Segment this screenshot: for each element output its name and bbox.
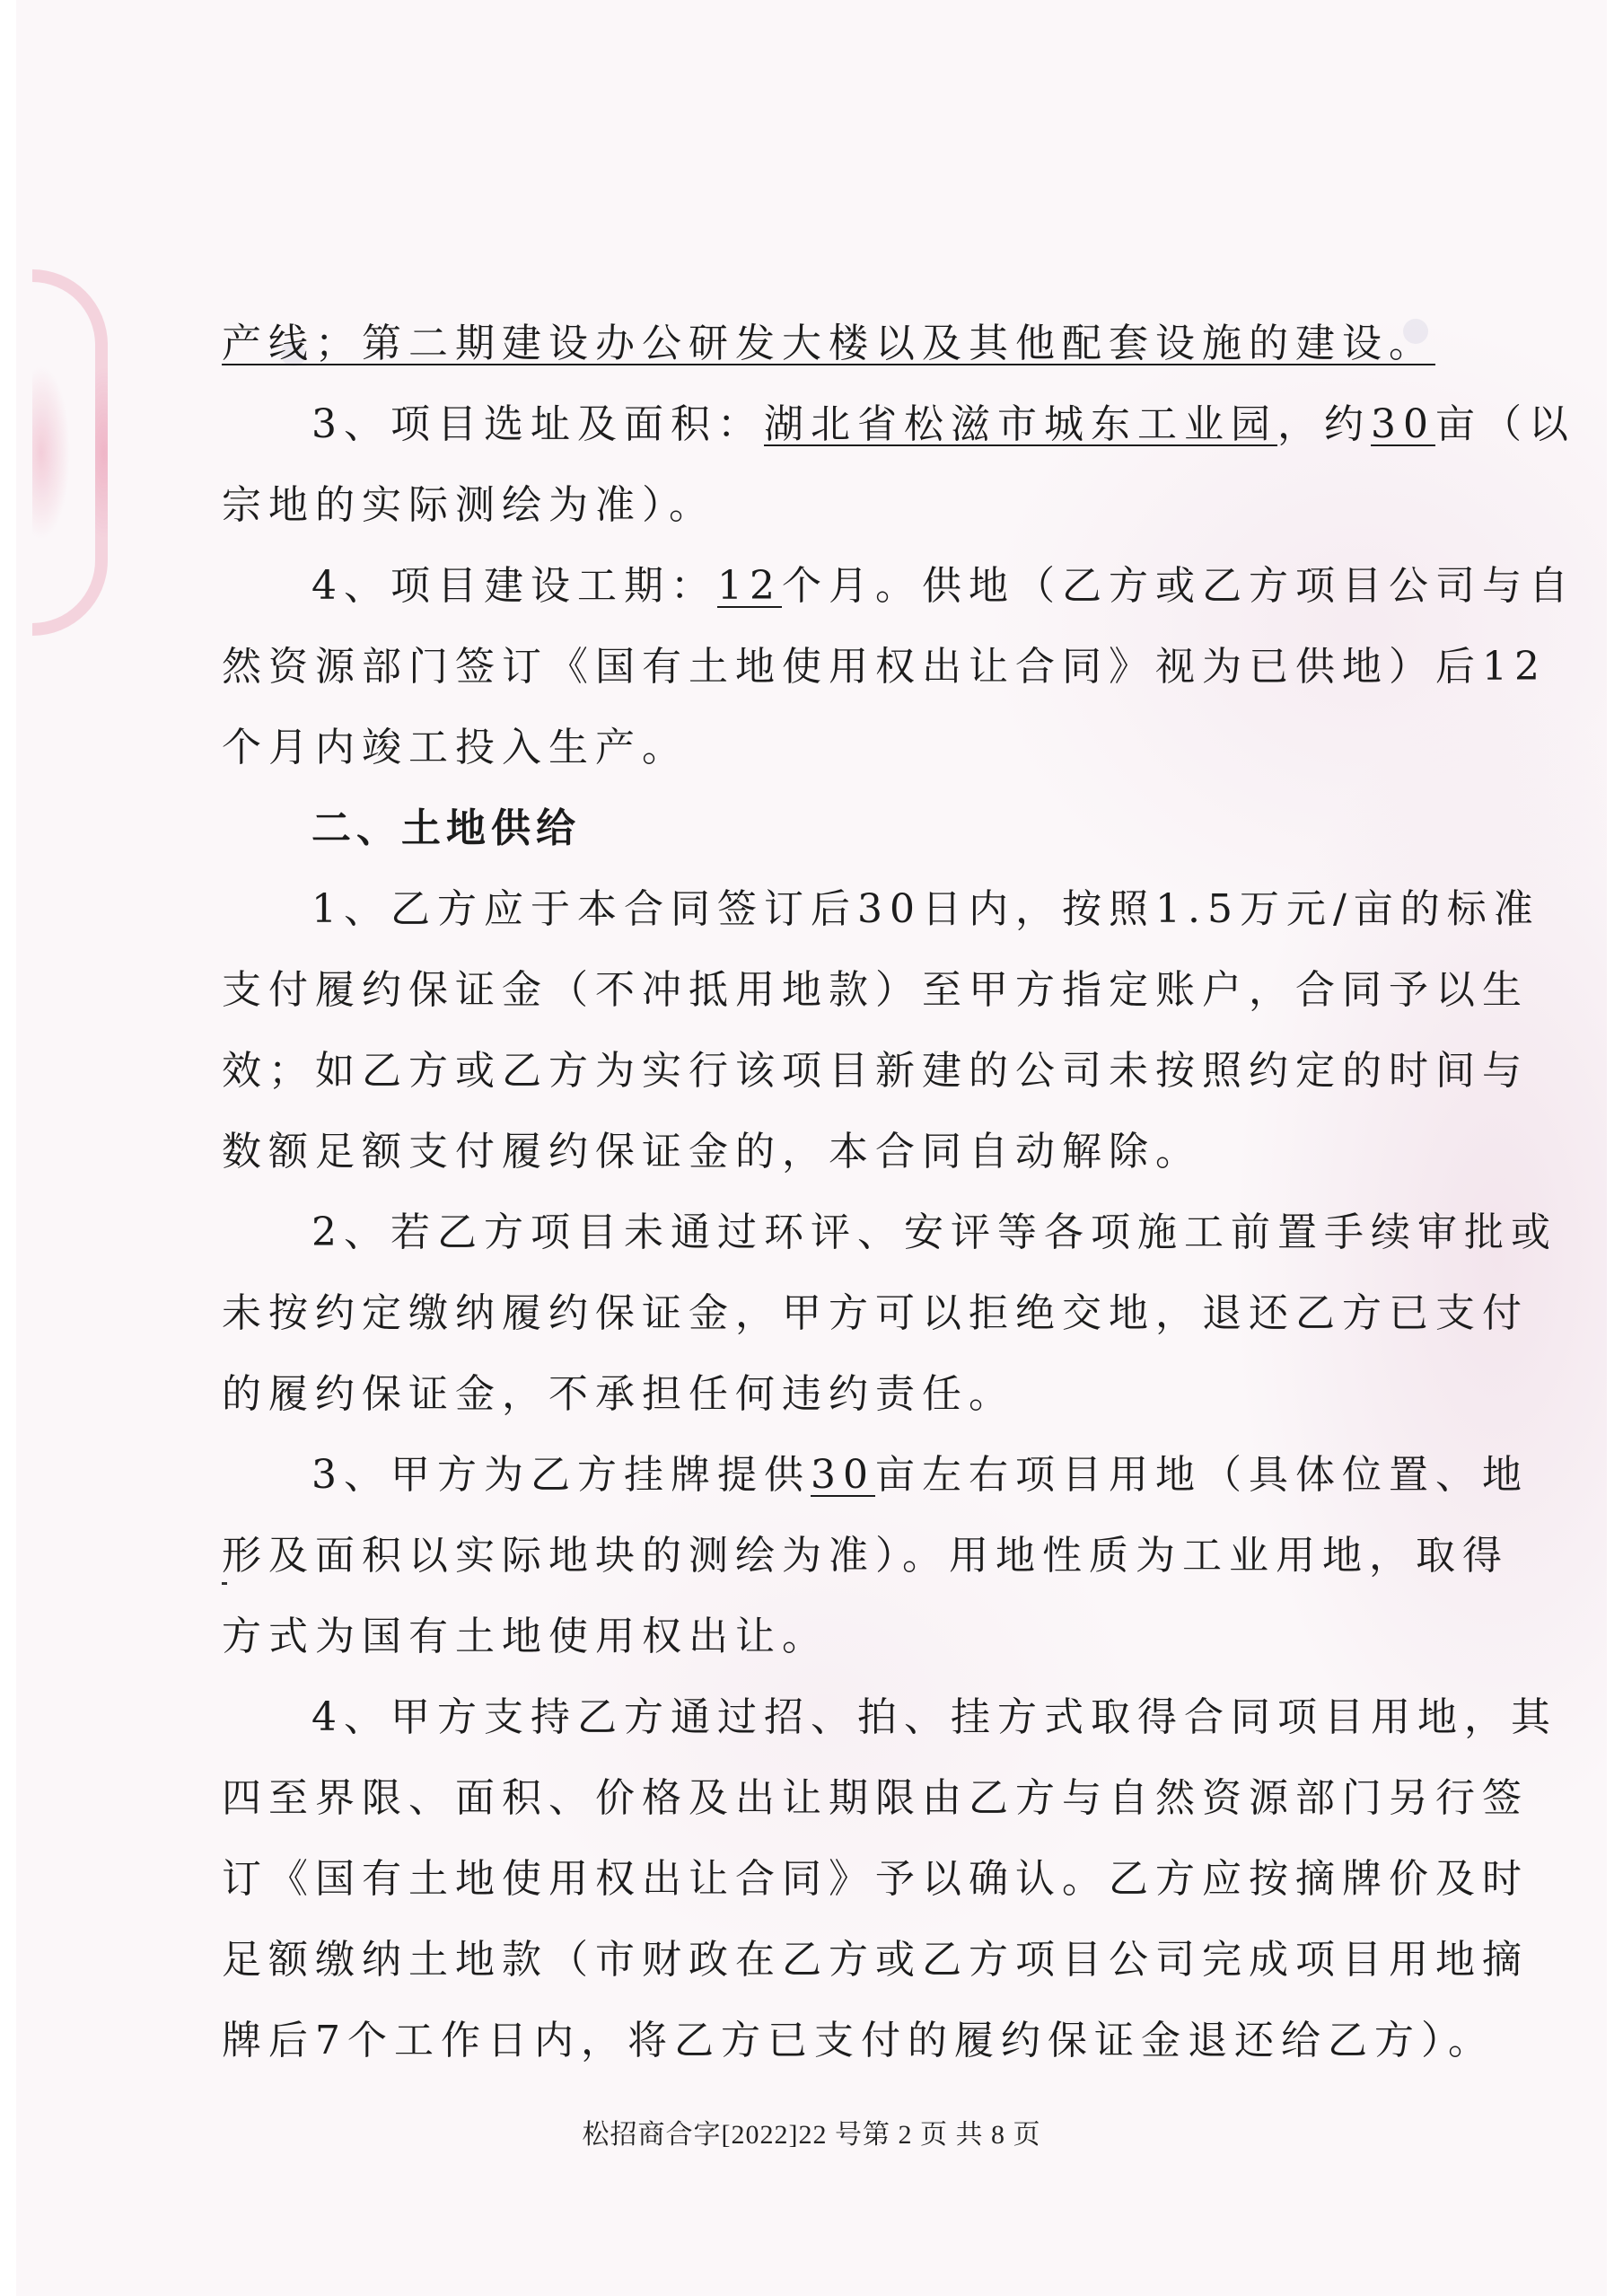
red-seal-stamp-fragment — [32, 269, 108, 636]
text-line: 的履约保证金，不承担任何违约责任。 — [222, 1354, 1478, 1435]
text-run: 宗地的实际测绘为准）。 — [222, 482, 715, 528]
text-line: 产线；第二期建设办公研发大楼以及其他配套设施的建设。 — [222, 303, 1478, 384]
text-run: 2、若乙方项目未通过环评、安评等各项施工前置手续审批或 — [311, 1210, 1557, 1255]
text-run: 牌后7个工作日内，将乙方已支付的履约保证金退还给乙方）。 — [222, 2018, 1495, 2063]
text-run: 4、项目建设工期： — [311, 563, 717, 609]
text-line: 1、乙方应于本合同签订后30日内，按照1.5万元/亩的标准 — [222, 869, 1478, 950]
text-run: 个月。供地（乙方或乙方项目公司与自 — [782, 563, 1575, 609]
page-footer: 松招商合字[2022]22 号第 2 页 共 8 页 — [0, 2112, 1623, 2151]
text-line: 足额缴纳土地款（市财政在乙方或乙方项目公司完成项目用地摘 — [222, 1920, 1478, 2001]
text-run: 4、甲方支持乙方通过招、拍、挂方式取得合同项目用地，其 — [311, 1694, 1557, 1740]
text-line: 2、若乙方项目未通过环评、安评等各项施工前置手续审批或 — [222, 1192, 1478, 1273]
text-line: 然资源部门签订《国有土地使用权出让合同》视为已供地）后12 — [222, 627, 1478, 708]
text-run: 形及面积以实际地块的测绘为准）。用地性质为工业用地，取得 — [222, 1533, 1509, 1579]
text-run: 未按约定缴纳履约保证金，甲方可以拒绝交地，退还乙方已支付 — [222, 1290, 1529, 1336]
text-line: 形及面积以实际地块的测绘为准）。用地性质为工业用地，取得 — [222, 1516, 1478, 1597]
text-line: 4、项目建设工期：12个月。供地（乙方或乙方项目公司与自 — [222, 546, 1478, 627]
text-line: 四至界限、面积、价格及出让期限由乙方与自然资源部门另行签 — [222, 1758, 1478, 1839]
text-line: 方式为国有土地使用权出让。 — [222, 1597, 1478, 1677]
section-heading: 二、土地供给 — [222, 788, 1478, 869]
text-run: 数额足额支付履约保证金的，本合同自动解除。 — [222, 1129, 1202, 1174]
text-run: 个月内竣工投入生产。 — [222, 725, 689, 770]
underlined-fill-in: 产线；第二期建设办公研发大楼以及其他配套设施的建设。 — [222, 321, 1435, 366]
text-run: 3、甲方为乙方挂牌提供 — [311, 1452, 811, 1498]
text-run: 方式为国有土地使用权出让。 — [222, 1614, 829, 1659]
text-line: 3、项目选址及面积：湖北省松滋市城东工业园，约30亩（以 — [222, 384, 1478, 465]
underlined-fill-in: 湖北省松滋市城东工业园 — [764, 401, 1277, 447]
text-line: 宗地的实际测绘为准）。 — [222, 465, 1478, 546]
text-run: 四至界限、面积、价格及出让期限由乙方与自然资源部门另行签 — [222, 1775, 1529, 1821]
text-run: 订《国有土地使用权出让合同》予以确认。乙方应按摘牌价及时 — [222, 1856, 1529, 1902]
text-run: 3、项目选址及面积： — [311, 401, 764, 447]
text-run: 1、乙方应于本合同签订后30日内，按照1.5万元/亩的标准 — [311, 886, 1540, 932]
text-run: 的履约保证金，不承担任何违约责任。 — [222, 1371, 1015, 1417]
text-line: 数额足额支付履约保证金的，本合同自动解除。 — [222, 1112, 1478, 1192]
text-line: 效；如乙方或乙方为实行该项目新建的公司未按照约定的时间与 — [222, 1031, 1478, 1112]
text-run: 足额缴纳土地款（市财政在乙方或乙方项目公司完成项目用地摘 — [222, 1937, 1529, 1983]
text-run: 支付履约保证金（不冲抵用地款）至甲方指定账户，合同予以生 — [222, 967, 1529, 1013]
text-run: 亩左右项目用地（具体位置、地 — [875, 1452, 1529, 1498]
text-run: 亩（以 — [1435, 401, 1575, 447]
text-line: 订《国有土地使用权出让合同》予以确认。乙方应按摘牌价及时 — [222, 1839, 1478, 1920]
text-line: 支付履约保证金（不冲抵用地款）至甲方指定账户，合同予以生 — [222, 950, 1478, 1031]
text-line: 4、甲方支持乙方通过招、拍、挂方式取得合同项目用地，其 — [222, 1677, 1478, 1758]
underlined-fill-in: 30 — [811, 1452, 875, 1498]
contract-body: 产线；第二期建设办公研发大楼以及其他配套设施的建设。3、项目选址及面积：湖北省松… — [222, 303, 1478, 2081]
text-line: 牌后7个工作日内，将乙方已支付的履约保证金退还给乙方）。 — [222, 2001, 1478, 2081]
text-line: 未按约定缴纳履约保证金，甲方可以拒绝交地，退还乙方已支付 — [222, 1273, 1478, 1354]
text-run: 二、土地供给 — [311, 805, 581, 851]
text-run: 然资源部门签订《国有土地使用权出让合同》视为已供地）后12 — [222, 644, 1547, 690]
underlined-fill-in: 30 — [1371, 401, 1435, 447]
text-line: 个月内竣工投入生产。 — [222, 708, 1478, 788]
text-line: 3、甲方为乙方挂牌提供30亩左右项目用地（具体位置、地 — [222, 1435, 1478, 1516]
text-run: ，约 — [1277, 401, 1371, 447]
text-run: 效；如乙方或乙方为实行该项目新建的公司未按照约定的时间与 — [222, 1048, 1529, 1094]
underlined-fill-in: 12 — [717, 563, 782, 609]
